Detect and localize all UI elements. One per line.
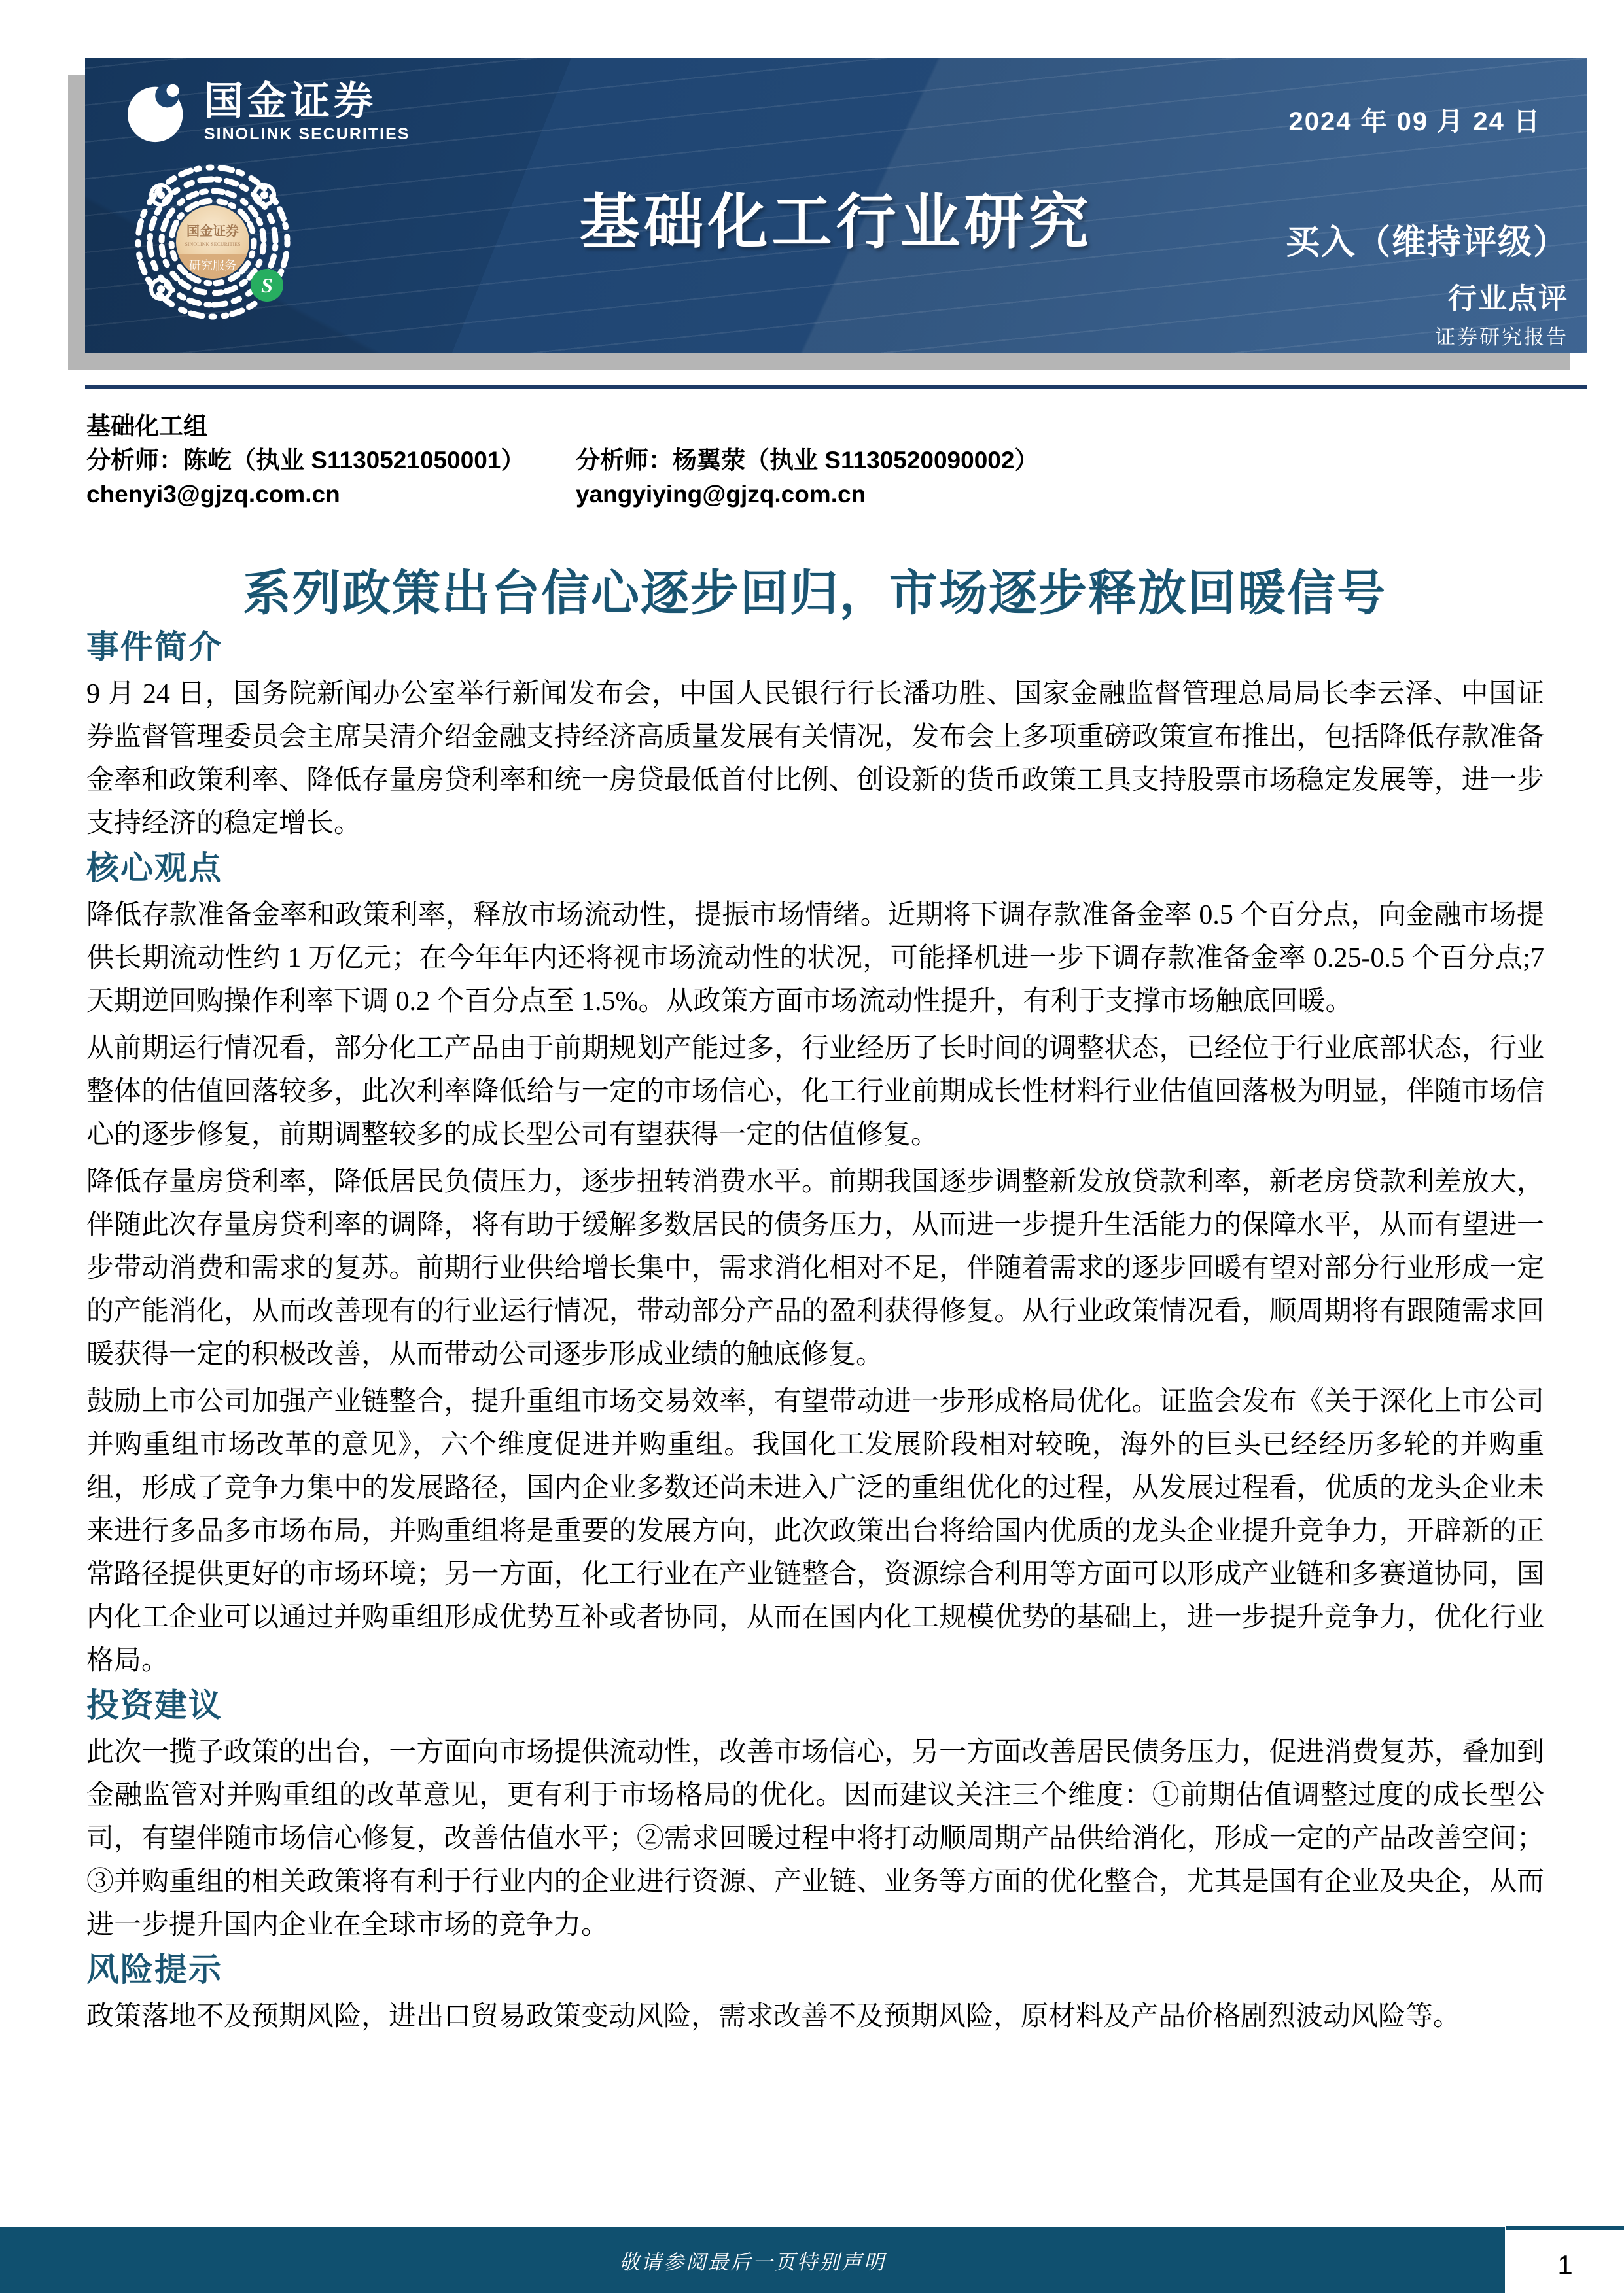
page-number: 1 — [1557, 2250, 1572, 2281]
report-header: 国金证券 SINOLINK SECURITIES 2024 年 09 月 24 … — [85, 58, 1587, 353]
brand: 国金证券 SINOLINK SECURITIES — [127, 80, 410, 145]
analyst-2: 分析师：杨翼荥（执业 S1130520090002） yangyiying@gj… — [576, 444, 1545, 512]
analyst-1: 分析师：陈屹（执业 S1130521050001） chenyi3@gjzq.c… — [86, 444, 576, 512]
section-heading-core-views: 核心观点 — [86, 850, 1544, 886]
footer-disclaimer: 敬请参阅最后一页特别声明 — [619, 2246, 886, 2275]
header-divider — [85, 385, 1587, 389]
report-type: 行业点评 — [1448, 275, 1568, 317]
section-heading-event: 事件简介 — [86, 629, 1544, 665]
paragraph: 9 月 24 日，国务院新闻办公室举行新闻发布会，中国人民银行行长潘功胜、国家金… — [86, 672, 1544, 845]
report-page: 国金证券 SINOLINK SECURITIES 2024 年 09 月 24 … — [0, 0, 1624, 2296]
paragraph: 降低存款准备金率和政策利率，释放市场流动性，提振市场情绪。近期将下调存款准备金率… — [86, 894, 1544, 1023]
paragraph: 鼓励上市公司加强产业链整合，提升重组市场交易效率，有望带动进一步形成格局优化。证… — [86, 1380, 1544, 1682]
analyst-2-line: 分析师：杨翼荥（执业 S1130520090002） — [576, 444, 1545, 478]
page-title: 系列政策出台信心逐步回归，市场逐步释放回暖信号 — [85, 555, 1544, 624]
qr-center-service: 研究服务 — [189, 259, 236, 272]
report-body: 事件简介 9 月 24 日，国务院新闻办公室举行新闻发布会，中国人民银行行长潘功… — [86, 629, 1544, 2042]
section-heading-risk: 风险提示 — [86, 1952, 1544, 1987]
paragraph: 降低存量房贷利率，降低居民负债压力，逐步扭转消费水平。前期我国逐步调整新发放贷款… — [86, 1160, 1544, 1376]
footer-disclaimer-bar: 敬请参阅最后一页特别声明 — [0, 2227, 1505, 2293]
brand-name-cn: 国金证券 — [204, 80, 410, 123]
report-category: 证券研究报告 — [1435, 321, 1568, 350]
brand-name-en: SINOLINK SECURITIES — [204, 123, 410, 145]
analyst-1-line: 分析师：陈屹（执业 S1130521050001） — [86, 444, 576, 478]
brand-logo-icon — [127, 81, 190, 144]
analyst-2-email: yangyiying@gjzq.com.cn — [576, 478, 1545, 512]
analyst-block: 基础化工组 分析师：陈屹（执业 S1130521050001） chenyi3@… — [86, 409, 1545, 512]
paragraph: 此次一揽子政策的出台，一方面向市场提供流动性，改善市场信心，另一方面改善居民债务… — [86, 1731, 1544, 1947]
analyst-group: 基础化工组 — [86, 409, 1545, 444]
report-date: 2024 年 09 月 24 日 — [1288, 101, 1541, 138]
section-heading-investment-advice: 投资建议 — [86, 1688, 1544, 1723]
svg-text:S: S — [261, 273, 273, 297]
paragraph: 从前期运行情况看，部分化工产品由于前期规划产能过多，行业经历了长时间的调整状态，… — [86, 1027, 1544, 1157]
page-number-box: 1 — [1506, 2226, 1624, 2296]
brand-text: 国金证券 SINOLINK SECURITIES — [204, 80, 410, 145]
rating-badge: 买入（维持评级） — [1286, 215, 1568, 264]
analyst-1-email: chenyi3@gjzq.com.cn — [86, 478, 576, 512]
paragraph: 政策落地不及预期风险，进出口贸易政策变动风险，需求改善不及预期风险，原材料及产品… — [86, 1995, 1544, 2038]
